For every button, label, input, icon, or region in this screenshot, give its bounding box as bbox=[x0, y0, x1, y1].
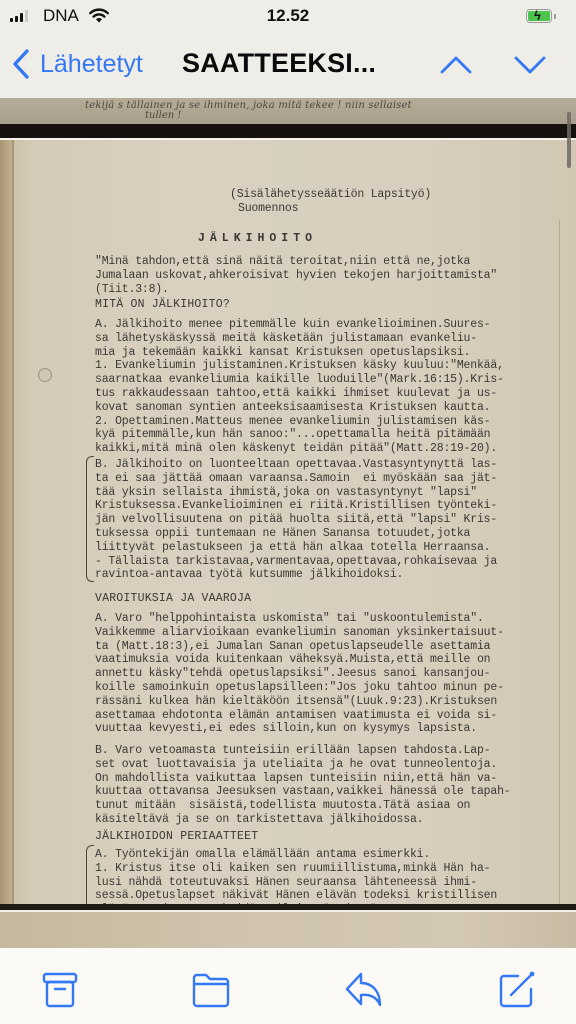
typed-line: kovat sanoman syntien anteeksisaamisesta… bbox=[95, 401, 555, 415]
move-to-folder-button[interactable] bbox=[191, 970, 231, 1010]
typed-line: rässäni kulkea hän kieltäköön itsensä"(L… bbox=[95, 695, 555, 709]
typed-line: asettamaa ehdotonta elämän antamisen vaa… bbox=[95, 709, 555, 723]
typed-line: A. Jälkihoito menee pitemmälle kuin evan… bbox=[95, 318, 555, 332]
handwritten-line: tullen ! bbox=[145, 110, 181, 121]
back-label: Lähetetyt bbox=[40, 50, 143, 79]
navigation-bar: Lähetetyt SAATTEEKSI... bbox=[0, 34, 576, 98]
next-message-button[interactable] bbox=[512, 50, 548, 80]
clock: 12.52 bbox=[0, 6, 576, 26]
typed-line: ta ei saa jättää omaan varaansa.Samoin e… bbox=[95, 472, 555, 486]
typed-line: lusi nähdä toteutuvaksi Hänen seuraansa … bbox=[95, 876, 555, 890]
archive-box-icon bbox=[44, 974, 76, 1006]
typed-line: vaatimuksia voida kuitenkaan väheksyä.Mu… bbox=[95, 653, 555, 667]
typed-line: kuuttaa ottavansa Jeesuksen vastaan,vaik… bbox=[95, 785, 555, 799]
typed-line: kyä pitemmälle,kun hän sanoo:"...opettam… bbox=[95, 428, 555, 442]
typed-line: A. Työntekijän omalla elämällään antama … bbox=[95, 848, 555, 862]
typed-line: - Tällaista tarkistavaa,varmentavaa,opet… bbox=[95, 555, 555, 569]
battery-cap bbox=[554, 14, 556, 19]
typed-line: 1. Kristus itse oli kaiken sen ruumiilli… bbox=[95, 862, 555, 876]
previous-page-fragment: tekijä s tällainen ja se ihminen, joka m… bbox=[0, 98, 576, 124]
chevron-left-icon bbox=[10, 48, 32, 80]
typed-line: On mahdollista vaikuttaa lapsen tunteisi… bbox=[95, 772, 555, 786]
previous-message-button[interactable] bbox=[438, 50, 474, 80]
typed-line: tää yksin sellaista ihmistä,joka on vast… bbox=[95, 486, 555, 500]
compose-button[interactable] bbox=[496, 970, 536, 1010]
typed-line: Kristuksessa.Evankelioiminen ei riitä.Kr… bbox=[95, 499, 555, 513]
page-separator bbox=[0, 124, 576, 138]
scrollbar[interactable] bbox=[567, 112, 571, 168]
typed-line: ta (Matt.18:3),ei Jumalan Sanan opetusla… bbox=[95, 640, 555, 654]
page-crease bbox=[559, 220, 560, 920]
typed-line: sessä.Opetuslapset näkivät Hänen elävän … bbox=[95, 889, 555, 903]
punch-hole bbox=[38, 368, 52, 382]
typed-line: A. Varo "helppohintaista uskomista" tai … bbox=[95, 612, 555, 626]
charging-bolt-icon: ϟ bbox=[534, 9, 541, 22]
document-page: (Sisälähetysseäätiön Lapsityö) Suomennos… bbox=[0, 140, 576, 904]
paragraph: A. Jälkihoito menee pitemmälle kuin evan… bbox=[95, 318, 555, 456]
handwritten-line: tekijä s tällainen ja se ihminen, joka m… bbox=[85, 100, 412, 111]
typed-line: tuksessa oppii tuntemaan ne Hänen Sanans… bbox=[95, 527, 555, 541]
typed-line: ravintoa-antavaa työtä kutsumme jälkihoi… bbox=[95, 568, 555, 582]
document-organization: (Sisälähetysseäätiön Lapsityö) bbox=[230, 188, 576, 202]
typed-line: mia ja tekemään kaikki kansat Kristuksen… bbox=[95, 346, 555, 360]
typed-line: tus rakkaudessaan tahtoo,että kaikki ihm… bbox=[95, 387, 555, 401]
message-subject-title: SAATTEEKSI... bbox=[182, 48, 376, 79]
typed-line: vuuttaa kevyesti,ei edes silloin,kun on … bbox=[95, 722, 555, 736]
intro-quote: "Minä tahdon,että sinä näitä teroitat,ni… bbox=[95, 255, 555, 296]
typed-line: 1. Evankeliumin julistaminen.Kristuksen … bbox=[95, 359, 555, 373]
back-button[interactable]: Lähetetyt bbox=[10, 46, 143, 82]
archive-button[interactable] bbox=[40, 970, 80, 1010]
typed-line: set ovat luottavaisia ja uteliaita ja he… bbox=[95, 758, 555, 772]
status-bar: DNA 12.52 ϟ bbox=[0, 0, 576, 34]
typed-line: B. Varo vetoamasta tunteisiin erillään l… bbox=[95, 744, 555, 758]
typed-line: käsiteltävä ja se on tarkistettava jälki… bbox=[95, 813, 555, 827]
section-heading: VAROITUKSIA JA VAAROJA bbox=[95, 592, 555, 606]
reply-arrow-icon bbox=[347, 974, 380, 1005]
compose-icon bbox=[501, 973, 533, 1006]
typed-line: sa lähetyskäskyssä meitä käsketään julis… bbox=[95, 332, 555, 346]
attachment-viewer[interactable]: tekijä s tällainen ja se ihminen, joka m… bbox=[0, 98, 576, 948]
document-subtitle: Suomennos bbox=[238, 202, 576, 216]
folder-icon bbox=[194, 975, 228, 1006]
typed-line: kaikki,mitä minä olen käskenyt teidän pi… bbox=[95, 442, 555, 456]
section-heading: MITÄ ON JÄLKIHOITO? bbox=[95, 298, 555, 312]
document-title: JÄLKIHOITO bbox=[198, 232, 576, 246]
paragraph: B. Varo vetoamasta tunteisiin erillään l… bbox=[95, 744, 555, 827]
typed-line: Vaikkemme aliarvioikaan evankeliumin san… bbox=[95, 626, 555, 640]
typed-line: annettu käsky"tehdä opetuslapsiksi".Jees… bbox=[95, 667, 555, 681]
typed-line: B. Jälkihoito on luonteeltaan opettavaa.… bbox=[95, 458, 555, 472]
typed-line: liittyvät pelastukseen ja että hän alkaa… bbox=[95, 541, 555, 555]
typed-line: 2. Opettaminen.Matteus menee evankeliumi… bbox=[95, 415, 555, 429]
battery-icon: ϟ bbox=[526, 9, 552, 23]
typed-line: tunut mitään sisäistä,todellista muutost… bbox=[95, 799, 555, 813]
handwritten-bracket bbox=[86, 456, 94, 582]
page-fold bbox=[12, 140, 14, 904]
typed-line: koille samoinkuin opetuslapsilleen:"Jos … bbox=[95, 681, 555, 695]
paragraph: B. Jälkihoito on luonteeltaan opettavaa.… bbox=[95, 458, 555, 582]
bottom-toolbar bbox=[0, 948, 576, 1024]
next-page-fragment bbox=[0, 912, 576, 948]
typed-line: jän velvollisuutena on pitää huolta siit… bbox=[95, 513, 555, 527]
section-heading: JÄLKIHOIDON PERIAATTEET bbox=[95, 830, 555, 844]
reply-button[interactable] bbox=[343, 970, 383, 1010]
paragraph: A. Varo "helppohintaista uskomista" tai … bbox=[95, 612, 555, 736]
typed-line: saarnatkaa evankeliumia kaikille luoduil… bbox=[95, 373, 555, 387]
